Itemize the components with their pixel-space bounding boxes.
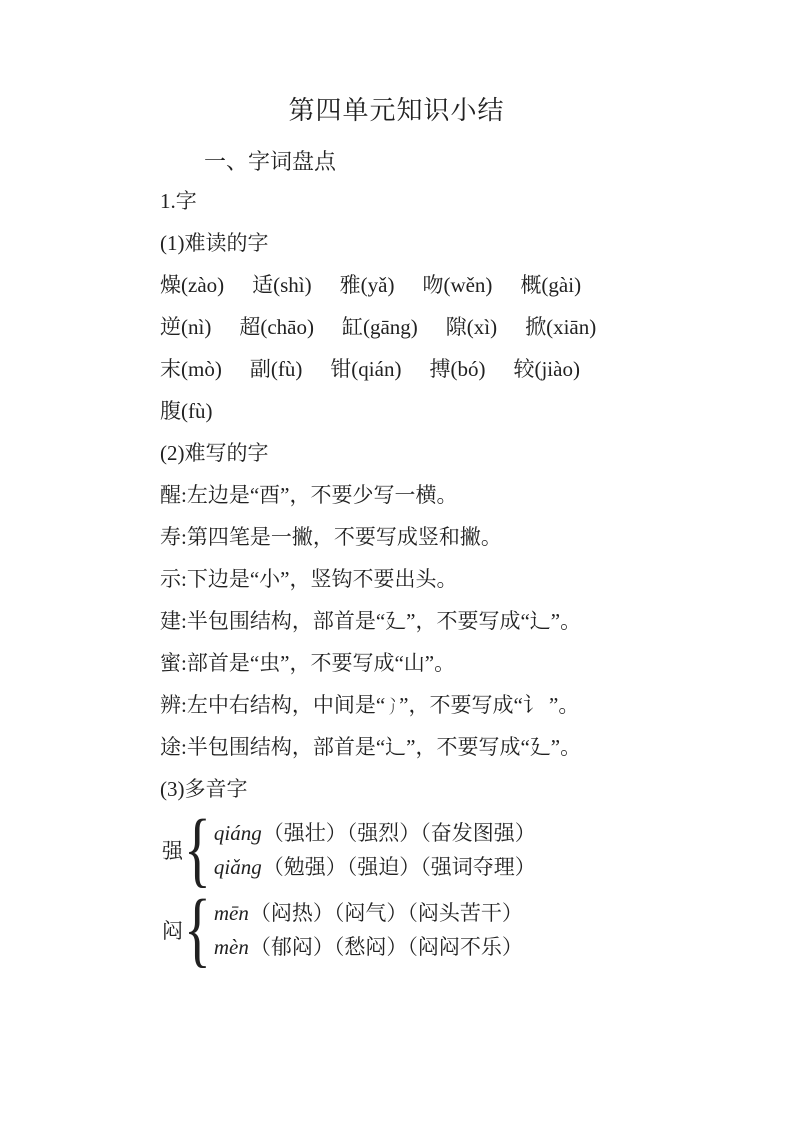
pinyin-entry: 概(gài): [520, 264, 581, 306]
polyphone-readings: mēn（闷热）（闷气）（闷头苦干） mèn（郁闷）（愁闷）（闷闷不乐）: [214, 896, 523, 964]
document-page: 第四单元知识小结 一、字词盘点 1.字 (1)难读的字 燥(zào) 适(shì…: [0, 0, 793, 1122]
text-segment: ”，不要写成“讠 ”。: [399, 693, 579, 717]
part1-label: (1)难读的字: [160, 222, 683, 264]
pinyin-entry: 适(shì): [252, 264, 312, 306]
polyphone-group-qiang: 强 { qiáng（强壮）（强烈）（奋发图强） qiǎng（勉强）（强迫）（强词…: [162, 816, 793, 884]
reading-pinyin: qiǎng: [214, 855, 262, 879]
pinyin-row-2: 逆(nì) 超(chāo) 缸(gāng) 隙(xì) 掀(xiān): [160, 306, 683, 348]
pinyin-entry: 雅(yǎ): [340, 264, 395, 306]
left-brace-glyph: {: [184, 888, 211, 972]
pinyin-entry: 缸(gāng): [342, 306, 418, 348]
reading-pinyin: qiáng: [214, 821, 262, 845]
polyphone-char: 强: [162, 835, 183, 865]
pinyin-row-3: 末(mò) 副(fù) 钳(qián) 搏(bó) 较(jiào): [160, 348, 683, 390]
text-segment: 辨:左中右结构，中间是“: [160, 693, 385, 717]
reading-pinyin: mēn: [214, 901, 249, 925]
pinyin-entry: 超(chāo): [239, 306, 314, 348]
hard-write-line-shi: 示:下边是“小”，竖钩不要出头。: [160, 558, 683, 600]
part2-label: (2)难写的字: [160, 432, 683, 474]
hard-write-line-tu: 途:半包围结构，部首是“辶”，不要写成“廴”。: [160, 726, 683, 768]
sub-heading-zi: 1.字: [160, 180, 683, 222]
pinyin-entry: 较(jiào): [513, 348, 579, 390]
pinyin-entry: 逆(nì): [160, 306, 211, 348]
pinyin-row-1: 燥(zào) 适(shì) 雅(yǎ) 吻(wěn) 概(gài): [160, 264, 683, 306]
pinyin-entry: 燥(zào): [160, 264, 224, 306]
pinyin-entry: 隙(xì): [446, 306, 497, 348]
hard-write-line-mi: 蜜:部首是“虫”，不要写成“山”。: [160, 642, 683, 684]
reading-line: mēn（闷热）（闷气）（闷头苦干）: [214, 896, 523, 930]
hard-write-line-shou: 寿:第四笔是一撇，不要写成竖和撇。: [160, 516, 683, 558]
polyphone-group-men: 闷 { mēn（闷热）（闷气）（闷头苦干） mèn（郁闷）（愁闷）（闷闷不乐）: [162, 896, 793, 964]
section-heading: 一、字词盘点: [160, 144, 793, 180]
pinyin-entry: 腹(fù): [160, 390, 212, 432]
reading-line: mèn（郁闷）（愁闷）（闷闷不乐）: [214, 930, 523, 964]
pinyin-row-4: 腹(fù): [160, 390, 683, 432]
reading-words: （强壮）（强烈）（奋发图强）: [263, 821, 536, 845]
reading-line: qiáng（强壮）（强烈）（奋发图强）: [214, 816, 536, 850]
stroke-glyph: 丶丿: [385, 694, 399, 716]
page-title: 第四单元知识小结: [0, 94, 793, 128]
hard-write-line-bian: 辨:左中右结构，中间是“丶丿”，不要写成“讠 ”。: [160, 684, 683, 726]
polyphone-char: 闷: [162, 915, 183, 945]
pinyin-entry: 搏(bó): [429, 348, 485, 390]
reading-line: qiǎng（勉强）（强迫）（强词夺理）: [214, 850, 536, 884]
part3-label: (3)多音字: [160, 768, 683, 810]
reading-pinyin: mèn: [214, 935, 249, 959]
left-brace-glyph: {: [184, 808, 211, 892]
pinyin-entry: 副(fù): [250, 348, 302, 390]
hard-write-line-xing: 醒:左边是“酉”，不要少写一横。: [160, 474, 683, 516]
hard-write-line-jian: 建:半包围结构，部首是“廴”，不要写成“辶”。: [160, 600, 683, 642]
polyphone-readings: qiáng（强壮）（强烈）（奋发图强） qiǎng（勉强）（强迫）（强词夺理）: [214, 816, 536, 884]
pinyin-entry: 钳(qián): [330, 348, 401, 390]
pinyin-entry: 吻(wěn): [422, 264, 492, 306]
reading-words: （郁闷）（愁闷）（闷闷不乐）: [250, 935, 523, 959]
reading-words: （闷热）（闷气）（闷头苦干）: [250, 901, 523, 925]
pinyin-entry: 掀(xiān): [525, 306, 596, 348]
reading-words: （勉强）（强迫）（强词夺理）: [263, 855, 536, 879]
pinyin-entry: 末(mò): [160, 348, 222, 390]
